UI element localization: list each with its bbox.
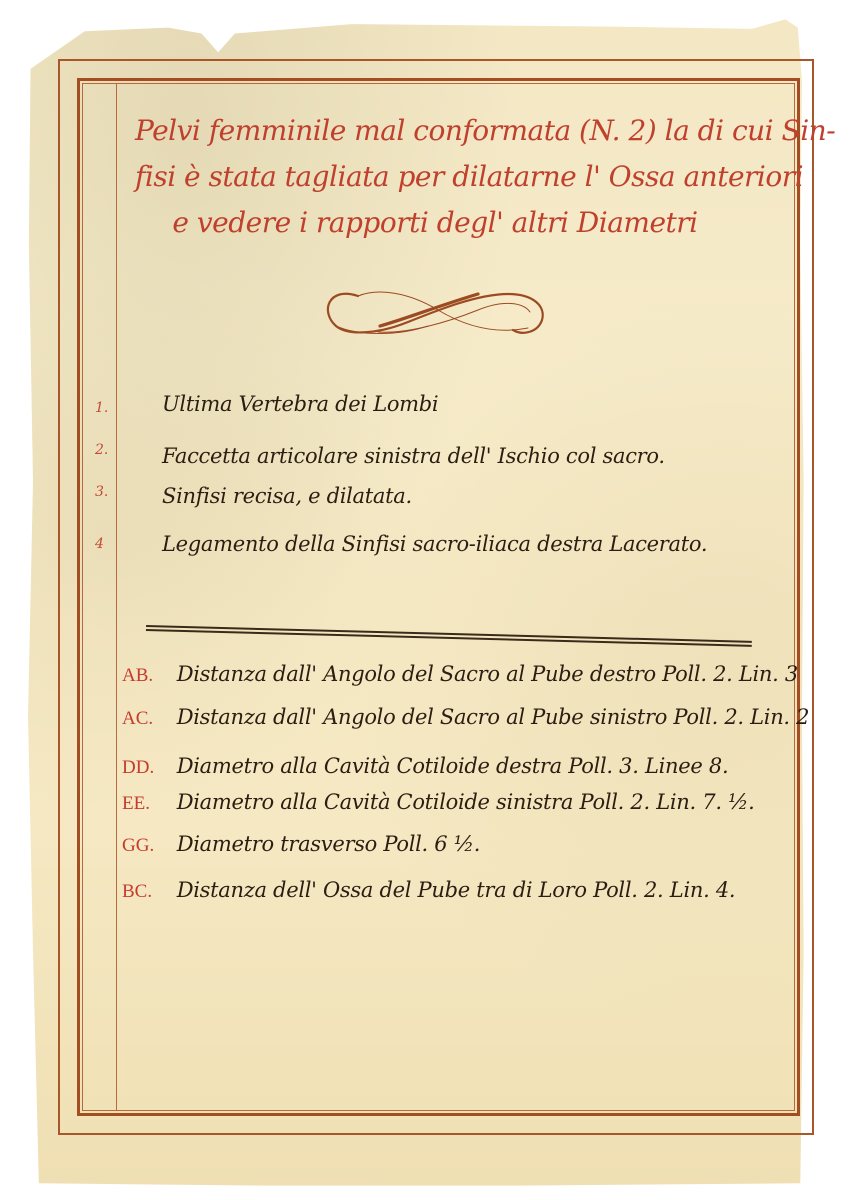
legend-text: Faccetta articolare sinistra dell' Ischi…: [162, 444, 665, 468]
legend-text: Legamento della Sinfisi sacro-iliaca des…: [162, 532, 707, 556]
measurement-text: Distanza dall' Angolo del Sacro al Pube …: [177, 705, 810, 729]
page-title: Pelvi femminile mal conformata (N. 2) la…: [135, 108, 775, 246]
measurement-row: AC. Distanza dall' Angolo del Sacro al P…: [122, 705, 809, 730]
measurement-row: EE. Diametro alla Cavità Cotiloide sinis…: [122, 790, 755, 815]
measurement-key: AC.: [122, 708, 170, 730]
measurement-text: Diametro alla Cavità Cotiloide destra Po…: [177, 754, 729, 778]
measurement-row: AB. Distanza dall' Angolo del Sacro al P…: [122, 662, 798, 687]
title-line-3: e vedere i rapporti degl' altri Diametri: [135, 200, 775, 246]
measurement-text: Distanza dall' Angolo del Sacro al Pube …: [177, 662, 798, 686]
legend-number: 4: [95, 536, 115, 552]
measurement-row: GG. Diametro trasverso Poll. 6 ½.: [122, 832, 480, 857]
measurement-key: GG.: [122, 835, 170, 857]
legend-number: 3.: [95, 484, 115, 500]
legend-number: 1.: [95, 400, 115, 416]
measurement-key: BC.: [122, 881, 170, 903]
legend-number: 2.: [95, 442, 115, 458]
measurement-key: DD.: [122, 757, 170, 779]
left-margin-rule: [116, 84, 117, 1110]
title-line-2: fisi è stata tagliata per dilatarne l' O…: [135, 154, 775, 200]
flourish-ornament-icon: [318, 282, 558, 342]
measurement-row: BC. Distanza dell' Ossa del Pube tra di …: [122, 878, 735, 903]
measurement-text: Diametro alla Cavità Cotiloide sinistra …: [177, 790, 755, 814]
measurement-row: DD. Diametro alla Cavità Cotiloide destr…: [122, 754, 728, 779]
measurement-key: EE.: [122, 793, 170, 815]
legend-text: Sinfisi recisa, e dilatata.: [162, 484, 412, 508]
measurement-text: Distanza dell' Ossa del Pube tra di Loro…: [177, 878, 736, 902]
measurement-text: Diametro trasverso Poll. 6 ½.: [177, 832, 480, 856]
manuscript-page: Pelvi femminile mal conformata (N. 2) la…: [0, 0, 866, 1200]
title-line-1: Pelvi femminile mal conformata (N. 2) la…: [135, 108, 775, 154]
measurement-key: AB.: [122, 665, 170, 687]
legend-text: Ultima Vertebra dei Lombi: [162, 392, 438, 416]
